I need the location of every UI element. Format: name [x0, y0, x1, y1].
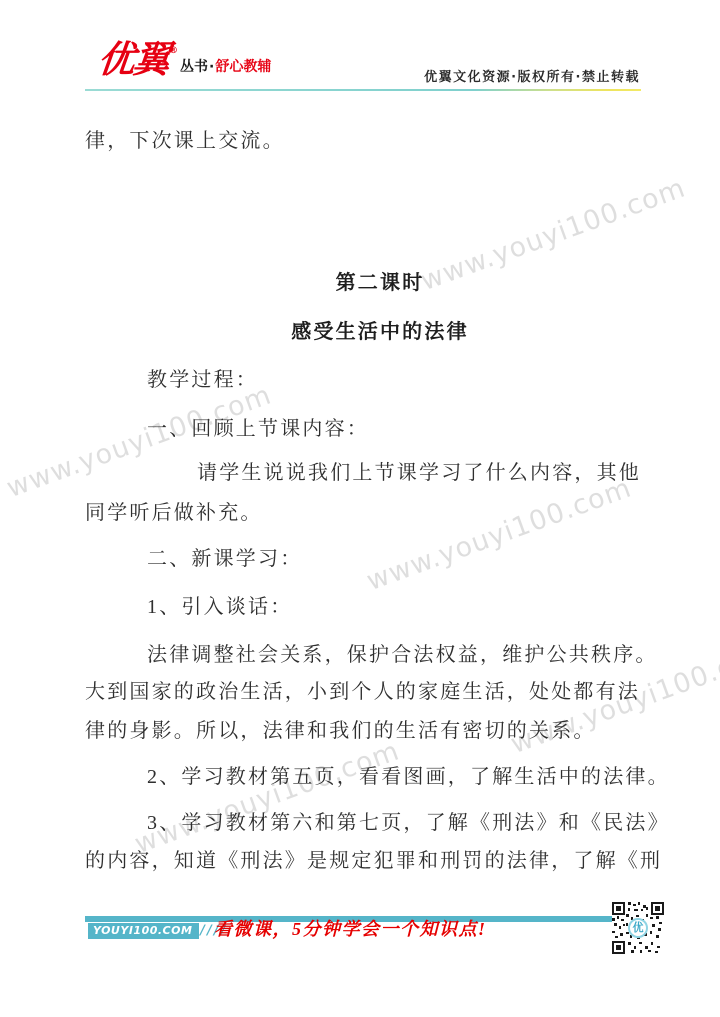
- copyright-notice: 优翼文化资源·版权所有·禁止转载: [424, 66, 640, 85]
- text-line: 的内容，知道《刑法》是规定犯罪和刑罚的法律，了解《刑: [85, 848, 662, 874]
- text-line: 同学听后做补充。: [85, 500, 263, 526]
- text-line: 法律调整社会关系，保护合法权益，维护公共秩序。: [147, 642, 658, 668]
- section-heading: 第二课时: [20, 270, 720, 296]
- text-line: 2、学习教材第五页，看看图画，了解生活中的法律。: [147, 764, 670, 790]
- footer-slogan: 看微课，5分钟学会一个知识点!: [214, 915, 487, 941]
- text-line: 律的身影。所以，法律和我们的生活有密切的关系。: [85, 718, 596, 744]
- text-line: 大到国家的政治生活，小到个人的家庭生活，处处都有法: [85, 679, 640, 705]
- text-line: 1、引入谈话：: [147, 594, 292, 620]
- qr-code: 优: [612, 902, 664, 954]
- logo-tagline-dot: ·: [209, 59, 214, 75]
- logo-tagline-series: 丛书: [180, 59, 208, 75]
- logo-wordmark: 优翼: [96, 42, 170, 78]
- logo-tagline-brand: 舒心教辅: [215, 59, 271, 75]
- registered-mark-icon: ®: [169, 46, 178, 56]
- logo-tagline: 丛书·舒心教辅: [180, 56, 271, 76]
- youyi-logo: 优翼 ® 丛书·舒心教辅: [98, 42, 271, 78]
- lesson-title: 感受生活中的法律: [20, 319, 720, 345]
- text-line: 3、学习教材第六和第七页，了解《刑法》和《民法》: [147, 810, 670, 836]
- text-line: 教学过程：: [147, 367, 258, 393]
- qr-center-logo: 优: [628, 918, 648, 938]
- text-line: 二、新课学习：: [147, 546, 302, 572]
- text-line: 请学生说说我们上节课学习了什么内容，其他: [197, 460, 641, 486]
- watermark: www.youyi100.com: [363, 472, 636, 597]
- text-line: 律，下次课上交流。: [85, 128, 285, 154]
- text-line: 一、回顾上节课内容：: [147, 416, 369, 442]
- footer-site-badge: YOUYI100.COM: [88, 923, 199, 939]
- document-page: 优翼 ® 丛书·舒心教辅 优翼文化资源·版权所有·禁止转载 www.youyi1…: [0, 0, 720, 1017]
- header-divider: [85, 89, 641, 91]
- watermark: www.youyi100.com: [131, 735, 404, 860]
